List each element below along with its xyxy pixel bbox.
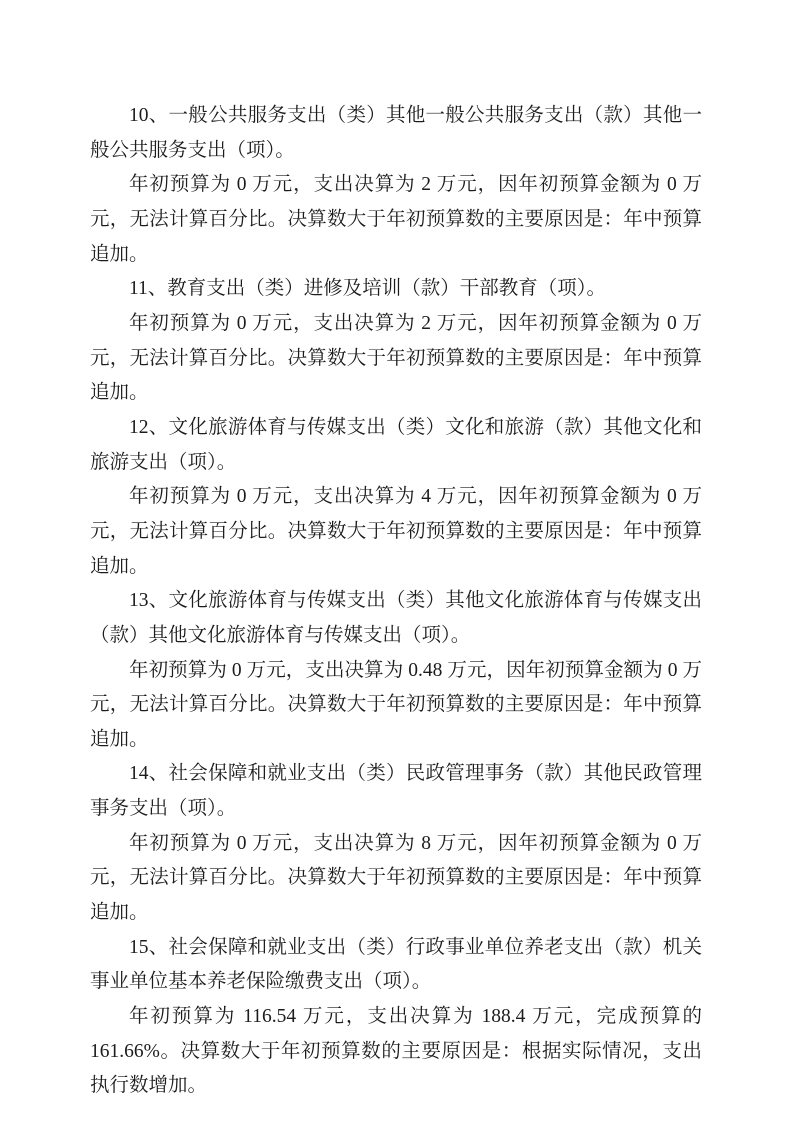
paragraph-item-14-detail: 年初预算为 0 万元，支出决算为 8 万元，因年初预算金额为 0 万元，无法计算…	[90, 827, 702, 931]
paragraph-item-13-detail: 年初预算为 0 万元，支出决算为 0.48 万元，因年初预算金额为 0 万元，无…	[90, 654, 702, 758]
paragraph-item-11-detail: 年初预算为 0 万元，支出决算为 2 万元，因年初预算金额为 0 万元，无法计算…	[90, 307, 702, 411]
paragraph-item-15-heading: 15、社会保障和就业支出（类）行政事业单位养老支出（款）机关事业单位基本养老保险…	[90, 931, 702, 1000]
document-page: 10、一般公共服务支出（类）其他一般公共服务支出（款）其他一般公共服务支出（项）…	[0, 0, 793, 1122]
paragraph-item-13-heading: 13、文化旅游体育与传媒支出（类）其他文化旅游体育与传媒支出（款）其他文化旅游体…	[90, 584, 702, 653]
paragraph-item-11-heading: 11、教育支出（类）进修及培训（款）干部教育（项）。	[90, 272, 702, 307]
paragraph-item-15-detail: 年初预算为 116.54 万元，支出决算为 188.4 万元，完成预算的 161…	[90, 1000, 702, 1104]
paragraph-item-12-detail: 年初预算为 0 万元，支出决算为 4 万元，因年初预算金额为 0 万元，无法计算…	[90, 480, 702, 584]
paragraph-item-12-heading: 12、文化旅游体育与传媒支出（类）文化和旅游（款）其他文化和旅游支出（项）。	[90, 411, 702, 480]
paragraph-item-10-heading: 10、一般公共服务支出（类）其他一般公共服务支出（款）其他一般公共服务支出（项）…	[90, 99, 702, 168]
paragraph-item-10-detail: 年初预算为 0 万元，支出决算为 2 万元，因年初预算金额为 0 万元，无法计算…	[90, 168, 702, 272]
paragraph-item-14-heading: 14、社会保障和就业支出（类）民政管理事务（款）其他民政管理事务支出（项）。	[90, 757, 702, 826]
